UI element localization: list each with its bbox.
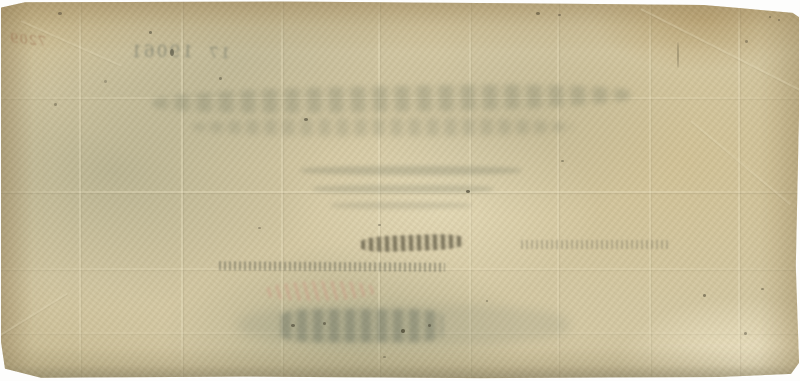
ghost-serial-number: 19061 — [129, 42, 193, 62]
stain-speck — [761, 288, 764, 290]
stain-speck — [749, 6, 751, 8]
stain-speck — [558, 14, 561, 16]
stain-speck — [765, 7, 767, 9]
stain-speck — [304, 118, 308, 121]
ghost-signature — [261, 280, 379, 302]
stain-speck — [790, 9, 792, 11]
stain-speck — [782, 8, 784, 10]
vertical-crease — [649, 0, 651, 380]
stain-speck — [170, 49, 174, 56]
diagonal-crease — [641, 8, 800, 101]
ghost-obligation-line — [301, 166, 521, 175]
stain-speck — [149, 31, 152, 34]
ghost-counter-vignette — [281, 309, 443, 342]
stain-speck — [54, 103, 57, 106]
banknote-back: 19061 17 7209 — [1, 0, 799, 380]
ghost-handwritten-number: 7209 — [8, 31, 46, 50]
stain-speck — [745, 40, 748, 43]
stain-speck — [428, 324, 431, 327]
ghost-obligation-line — [331, 202, 471, 209]
ghost-town-name-word — [361, 233, 463, 253]
stain-speck — [383, 356, 386, 358]
stain-speck — [401, 329, 405, 333]
stain-speck — [561, 160, 564, 162]
ghost-plate-number: 17 — [207, 44, 230, 62]
stain-speck — [258, 227, 261, 229]
stain-speck — [778, 19, 780, 21]
ghost-date-line-band — [521, 240, 671, 249]
ghost-bank-subtitle-band — [193, 118, 573, 136]
stain-speck — [757, 7, 759, 9]
vertical-crease — [79, 0, 81, 380]
scan-background: 19061 17 7209 — [0, 0, 800, 381]
stain-speck — [769, 16, 771, 18]
stain-speck — [744, 332, 747, 335]
ghost-fine-print-band — [219, 261, 445, 272]
stain-speck — [677, 42, 679, 68]
stain-speck — [703, 294, 706, 297]
stain-speck — [536, 12, 540, 15]
stain-speck — [486, 300, 488, 302]
diagonal-crease — [0, 292, 68, 341]
stain-speck — [466, 190, 470, 193]
stain-speck — [378, 224, 381, 226]
stain-speck — [104, 80, 107, 83]
stain-speck — [773, 8, 775, 10]
ghost-bank-title-band — [153, 82, 633, 116]
stain-speck — [219, 77, 222, 80]
stain-speck — [323, 322, 326, 325]
stain-speck — [291, 324, 295, 327]
stain-speck — [58, 12, 62, 15]
